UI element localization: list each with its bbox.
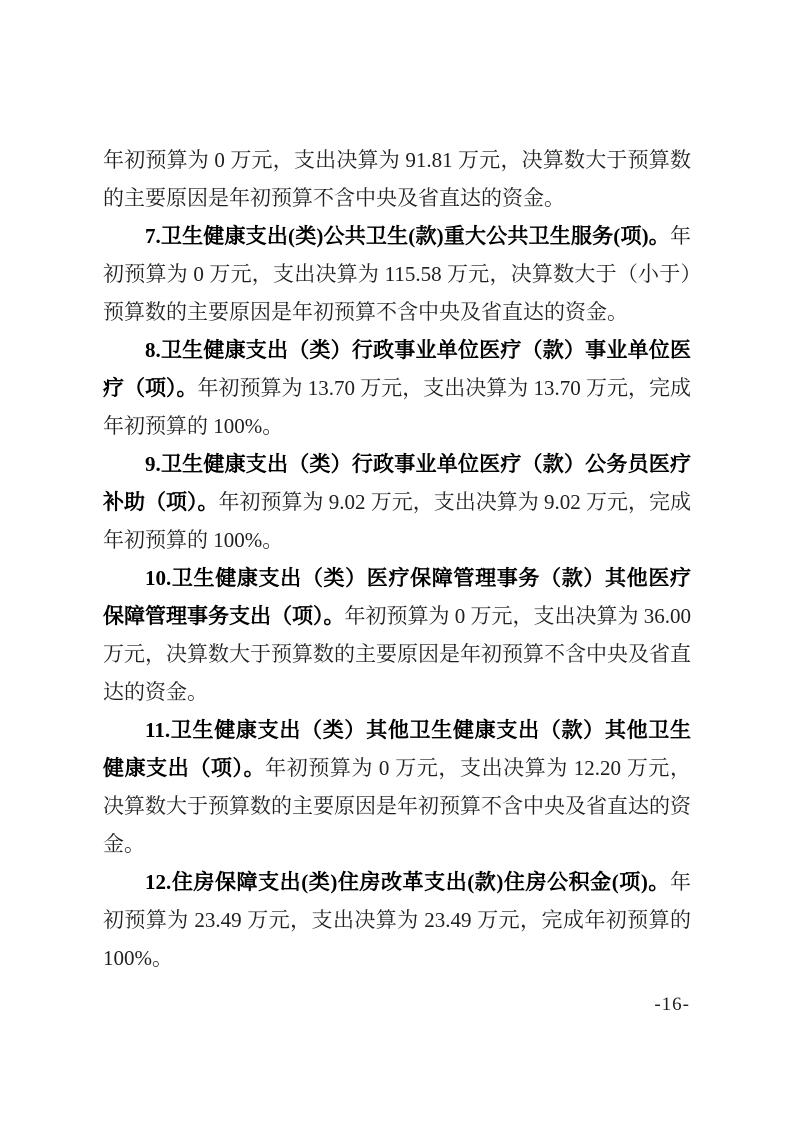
- paragraph-heading: 12.住房保障支出(类)住房改革支出(款)住房公积金(项)。: [145, 870, 670, 894]
- page-number: -16-: [654, 993, 690, 1017]
- document-body: 年初预算为 0 万元，支出决算为 91.81 万元，决算数大于预算数的主要原因是…: [103, 141, 691, 977]
- paragraph: 8.卫生健康支出（类）行政事业单位医疗（款）事业单位医疗（项）。年初预算为 13…: [103, 331, 691, 445]
- paragraph-heading: 7.卫生健康支出(类)公共卫生(款)重大公共卫生服务(项)。: [145, 224, 670, 248]
- paragraph: 12.住房保障支出(类)住房改革支出(款)住房公积金(项)。年初预算为 23.4…: [103, 863, 691, 977]
- paragraph: 7.卫生健康支出(类)公共卫生(款)重大公共卫生服务(项)。年初预算为 0 万元…: [103, 217, 691, 331]
- document-page: 年初预算为 0 万元，支出决算为 91.81 万元，决算数大于预算数的主要原因是…: [0, 0, 793, 1122]
- paragraph: 年初预算为 0 万元，支出决算为 91.81 万元，决算数大于预算数的主要原因是…: [103, 141, 691, 217]
- paragraph-body: 年初预算为 0 万元，支出决算为 91.81 万元，决算数大于预算数的主要原因是…: [103, 148, 691, 210]
- paragraph: 9.卫生健康支出（类）行政事业单位医疗（款）公务员医疗补助（项）。年初预算为 9…: [103, 445, 691, 559]
- paragraph: 11.卫生健康支出（类）其他卫生健康支出（款）其他卫生健康支出（项）。年初预算为…: [103, 711, 691, 863]
- paragraph: 10.卫生健康支出（类）医疗保障管理事务（款）其他医疗保障管理事务支出（项）。年…: [103, 559, 691, 711]
